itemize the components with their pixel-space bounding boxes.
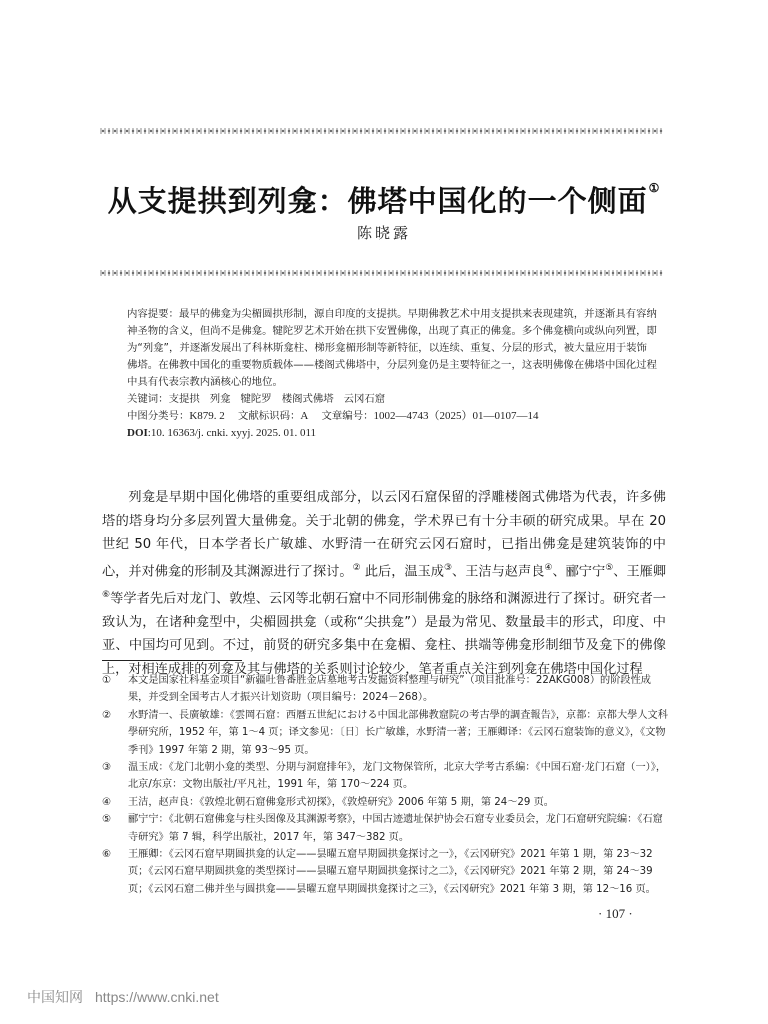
doi-value[interactable]: 10. 16363/j. cnki. xyyj. 2025. 01. 011 bbox=[151, 427, 316, 439]
footnote-ref-6[interactable]: ⑥ bbox=[102, 590, 110, 600]
footnote-ref-2[interactable]: ② bbox=[353, 563, 361, 573]
footnote-ref-3[interactable]: ③ bbox=[444, 563, 452, 573]
cnki-watermark: 中国知网https://www.cnki.net bbox=[27, 987, 219, 1007]
footnote-item: ③温玉成：《龙门北朝小龛的类型、分期与洞窟排年》，龙门文物保管所，北京大学考古系… bbox=[102, 759, 668, 794]
doc-code-label: 文献标识码： bbox=[238, 410, 300, 422]
footnotes-section: ①本文是国家社科基金项目“新疆吐鲁番胜金店墓地考古发掘资料整理与研究”（项目批准… bbox=[102, 672, 668, 898]
doi-line: DOI:10. 16363/j. cnki. xyyj. 2025. 01. 0… bbox=[127, 425, 657, 442]
doc-code-value: A bbox=[300, 410, 308, 422]
body-text-segment: 、王洁与赵声良 bbox=[452, 564, 544, 579]
footnote-text: 王雁卿：《云冈石窟早期圆拱龛的认定——昙曜五窟早期圆拱龛探讨之一》，《云冈研究》… bbox=[128, 846, 668, 898]
footnote-text: 郦宁宁：《北朝石窟佛龛与柱头图像及其渊源考察》，中国古迹遗址保护协会石窟专业委员… bbox=[128, 811, 668, 846]
footnote-item: ②水野清一、長廣敏雄：《雲岡石窟：西暦五世紀における中国北部佛教窟院の考古學的調… bbox=[102, 707, 668, 759]
footnote-item: ①本文是国家社科基金项目“新疆吐鲁番胜金店墓地考古发掘资料整理与研究”（项目批准… bbox=[102, 672, 668, 707]
main-body-text: 列龛是早期中国化佛塔的重要组成部分，以云冈石窟保留的浮雕楼阁式佛塔为代表，许多佛… bbox=[102, 486, 666, 682]
footnote-text: 本文是国家社科基金项目“新疆吐鲁番胜金店墓地考古发掘资料整理与研究”（项目批准号… bbox=[128, 672, 668, 707]
footnote-number: ⑥ bbox=[102, 846, 128, 898]
footnote-text: 王洁，赵声良：《敦煌北朝石窟佛龛形式初探》，《敦煌研究》2006 年第 5 期，… bbox=[128, 794, 668, 811]
title-text: 从支提拱到列龛：佛塔中国化的一个侧面 bbox=[108, 184, 648, 218]
watermark-url[interactable]: https://www.cnki.net bbox=[95, 989, 219, 1005]
abstract-label: 内容提要： bbox=[127, 308, 179, 320]
keyword: 云冈石窟 bbox=[344, 393, 386, 405]
page-number: · 107 · bbox=[598, 906, 633, 922]
abstract-paragraph: 内容提要：最早的佛龛为尖楣圆拱形制，源自印度的支提拱。早期佛教艺术中用支提拱来表… bbox=[127, 306, 657, 391]
doi-label: DOI bbox=[127, 427, 148, 439]
footnote-text: 水野清一、長廣敏雄：《雲岡石窟：西暦五世紀における中国北部佛教窟院の考古學的調査… bbox=[128, 707, 668, 759]
article-no-label: 文章编号： bbox=[322, 410, 374, 422]
footnote-number: ③ bbox=[102, 759, 128, 794]
footnote-item: ⑤郦宁宁：《北朝石窟佛龛与柱头图像及其渊源考察》，中国古迹遗址保护协会石窟专业委… bbox=[102, 811, 668, 846]
keywords-line: 关键词：支提拱列龛犍陀罗楼阁式佛塔云冈石窟 bbox=[127, 391, 657, 408]
decorative-rule-top bbox=[100, 128, 664, 134]
classification-line: 中图分类号：K879. 2 文献标识码：A 文章编号：1002—4743（202… bbox=[127, 408, 657, 425]
article-no-value: 1002—4743（2025）01—0107—14 bbox=[373, 410, 538, 422]
footnote-number: ⑤ bbox=[102, 811, 128, 846]
abstract-section: 内容提要：最早的佛龛为尖楣圆拱形制，源自印度的支提拱。早期佛教艺术中用支提拱来表… bbox=[127, 306, 657, 442]
footnote-item: ⑥王雁卿：《云冈石窟早期圆拱龛的认定——昙曜五窟早期圆拱龛探讨之一》，《云冈研究… bbox=[102, 846, 668, 898]
body-paragraph: 列龛是早期中国化佛塔的重要组成部分，以云冈石窟保留的浮雕楼阁式佛塔为代表，许多佛… bbox=[102, 486, 666, 682]
keywords-label: 关键词： bbox=[127, 393, 169, 405]
author-name: 陈晓露 bbox=[0, 222, 768, 243]
footnote-item: ④王洁，赵声良：《敦煌北朝石窟佛龛形式初探》，《敦煌研究》2006 年第 5 期… bbox=[102, 794, 668, 811]
keyword: 犍陀罗 bbox=[241, 393, 272, 405]
keyword: 支提拱 bbox=[169, 393, 200, 405]
footnote-text: 温玉成：《龙门北朝小龛的类型、分期与洞窟排年》，龙门文物保管所，北京大学考古系编… bbox=[128, 759, 668, 794]
clc-value: K879. 2 bbox=[189, 410, 224, 422]
watermark-name: 中国知网 bbox=[27, 989, 83, 1005]
body-text-segment: 、郦宁宁 bbox=[552, 564, 605, 579]
keyword: 楼阁式佛塔 bbox=[282, 393, 334, 405]
body-text-segment: 、王雁卿 bbox=[613, 564, 666, 579]
keyword: 列龛 bbox=[210, 393, 231, 405]
body-text-segment: 等学者先后对龙门、敦煌、云冈等北朝石窟中不同形制佛龛的脉络和渊源进行了探讨。研究… bbox=[102, 591, 666, 677]
decorative-rule-bottom bbox=[100, 270, 664, 276]
article-title: 从支提拱到列龛：佛塔中国化的一个侧面① bbox=[0, 179, 768, 220]
footnote-number: ② bbox=[102, 707, 128, 759]
title-footnote-ref[interactable]: ① bbox=[649, 181, 661, 195]
body-text-segment: 此后，温玉成 bbox=[361, 564, 444, 579]
footnote-divider bbox=[102, 660, 242, 661]
clc-label: 中图分类号： bbox=[127, 410, 189, 422]
footnote-number: ① bbox=[102, 672, 128, 707]
abstract-text: 最早的佛龛为尖楣圆拱形制，源自印度的支提拱。早期佛教艺术中用支提拱来表现建筑，并… bbox=[127, 308, 657, 388]
footnote-number: ④ bbox=[102, 794, 128, 811]
